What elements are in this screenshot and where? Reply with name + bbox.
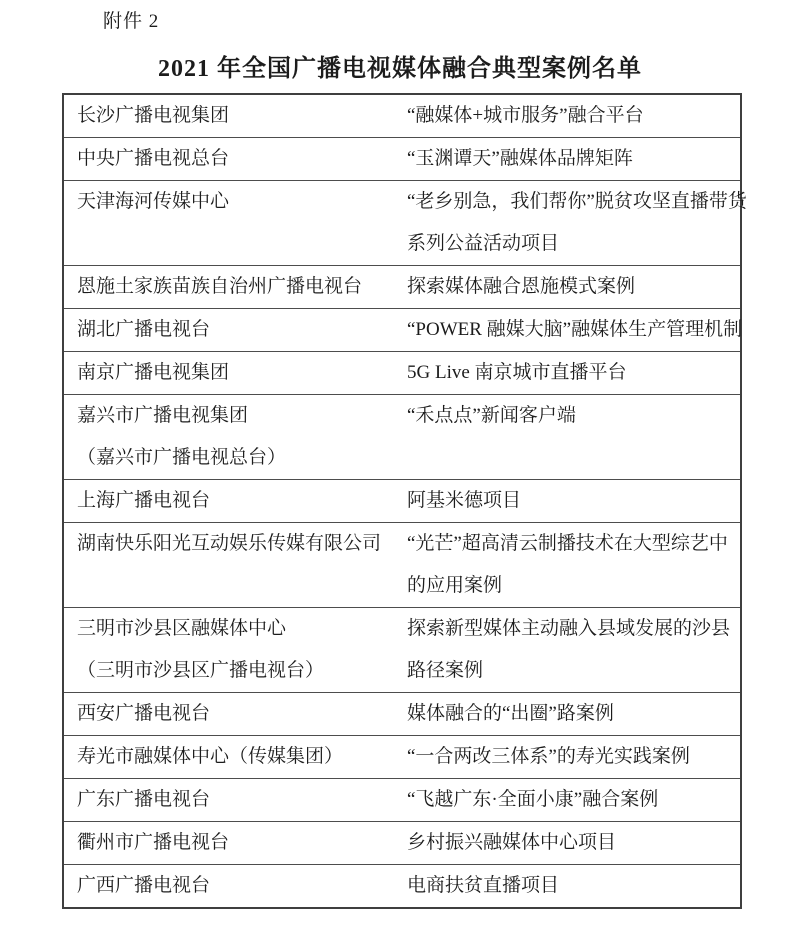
table-row: 长沙广播电视集团 “融媒体+城市服务”融合平台	[63, 94, 741, 138]
table-row: 湖北广播电视台 “POWER 融媒大脑”融媒体生产管理机制	[63, 309, 741, 352]
project-cell: 探索媒体融合恩施模式案例	[407, 266, 741, 309]
project-text-line: 路径案例	[407, 650, 740, 692]
project-text-line: “光芒”超高清云制播技术在大型综艺中	[407, 523, 740, 565]
project-cell: 5G Live 南京城市直播平台	[407, 352, 741, 395]
project-cell: 媒体融合的“出圈”路案例	[407, 693, 741, 736]
org-text-line: 广东广播电视台	[77, 779, 407, 821]
project-text-line: 探索媒体融合恩施模式案例	[407, 266, 740, 308]
project-text-line: 电商扶贫直播项目	[407, 865, 740, 907]
org-cell: 西安广播电视台	[63, 693, 407, 736]
org-text-line: 中央广播电视总台	[77, 138, 407, 180]
org-text-line: 南京广播电视集团	[77, 352, 407, 394]
org-cell: 上海广播电视台	[63, 480, 407, 523]
project-text-line: “一合两改三体系”的寿光实践案例	[407, 736, 740, 778]
table-row: 上海广播电视台 阿基米德项目	[63, 480, 741, 523]
table-row: 西安广播电视台 媒体融合的“出圈”路案例	[63, 693, 741, 736]
table-row: 恩施土家族苗族自治州广播电视台 探索媒体融合恩施模式案例	[63, 266, 741, 309]
project-text-line: “玉渊谭天”融媒体品牌矩阵	[407, 138, 740, 180]
org-cell: 恩施土家族苗族自治州广播电视台	[63, 266, 407, 309]
org-cell: 湖北广播电视台	[63, 309, 407, 352]
project-cell: “飞越广东·全面小康”融合案例	[407, 779, 741, 822]
project-text-line: “飞越广东·全面小康”融合案例	[407, 779, 740, 821]
table-row: 三明市沙县区融媒体中心（三明市沙县区广播电视台） 探索新型媒体主动融入县域发展的…	[63, 608, 741, 693]
table-row: 广东广播电视台 “飞越广东·全面小康”融合案例	[63, 779, 741, 822]
org-text-line: 长沙广播电视集团	[77, 95, 407, 137]
org-cell: 天津海河传媒中心	[63, 181, 407, 266]
project-text-line: 阿基米德项目	[407, 480, 740, 522]
table-row: 中央广播电视总台 “玉渊谭天”融媒体品牌矩阵	[63, 138, 741, 181]
project-text-line: 媒体融合的“出圈”路案例	[407, 693, 740, 735]
org-cell: 长沙广播电视集团	[63, 94, 407, 138]
org-cell: 广西广播电视台	[63, 865, 407, 909]
table-row: 广西广播电视台 电商扶贫直播项目	[63, 865, 741, 909]
project-text-line: “禾点点”新闻客户端	[407, 395, 740, 437]
project-cell: “老乡别急，我们帮你”脱贫攻坚直播带货系列公益活动项目	[407, 181, 741, 266]
case-table-body: 长沙广播电视集团 “融媒体+城市服务”融合平台 中央广播电视总台 “玉渊谭天”融…	[63, 94, 741, 908]
org-text-line: 上海广播电视台	[77, 480, 407, 522]
org-cell: 中央广播电视总台	[63, 138, 407, 181]
org-text-line: 广西广播电视台	[77, 865, 407, 907]
attachment-label: 附件 2	[103, 10, 159, 34]
org-text-line: 寿光市融媒体中心（传媒集团）	[77, 736, 407, 778]
project-text-line: 的应用案例	[407, 565, 740, 607]
project-cell: 探索新型媒体主动融入县域发展的沙县路径案例	[407, 608, 741, 693]
org-text-line: 天津海河传媒中心	[77, 181, 407, 223]
project-text-line: “老乡别急，我们帮你”脱贫攻坚直播带货	[407, 181, 740, 223]
org-text-line: 西安广播电视台	[77, 693, 407, 735]
org-cell: 寿光市融媒体中心（传媒集团）	[63, 736, 407, 779]
table-row: 天津海河传媒中心 “老乡别急，我们帮你”脱贫攻坚直播带货系列公益活动项目	[63, 181, 741, 266]
project-cell: 乡村振兴融媒体中心项目	[407, 822, 741, 865]
org-text-line: 湖南快乐阳光互动娱乐传媒有限公司	[77, 523, 407, 565]
project-text-line: “融媒体+城市服务”融合平台	[407, 95, 740, 137]
org-cell: 衢州市广播电视台	[63, 822, 407, 865]
org-cell: 三明市沙县区融媒体中心（三明市沙县区广播电视台）	[63, 608, 407, 693]
org-text-line: 恩施土家族苗族自治州广播电视台	[77, 266, 407, 308]
table-row: 衢州市广播电视台 乡村振兴融媒体中心项目	[63, 822, 741, 865]
table-row: 寿光市融媒体中心（传媒集团） “一合两改三体系”的寿光实践案例	[63, 736, 741, 779]
project-text-line: 系列公益活动项目	[407, 223, 740, 265]
project-text-line: 乡村振兴融媒体中心项目	[407, 822, 740, 864]
project-text-line: “POWER 融媒大脑”融媒体生产管理机制	[407, 309, 740, 351]
project-cell: 阿基米德项目	[407, 480, 741, 523]
table-row: 嘉兴市广播电视集团（嘉兴市广播电视总台） “禾点点”新闻客户端	[63, 395, 741, 480]
project-cell: “融媒体+城市服务”融合平台	[407, 94, 741, 138]
org-cell: 嘉兴市广播电视集团（嘉兴市广播电视总台）	[63, 395, 407, 480]
project-text-line: 5G Live 南京城市直播平台	[407, 352, 740, 394]
org-text-line: 衢州市广播电视台	[77, 822, 407, 864]
org-text-line: 湖北广播电视台	[77, 309, 407, 351]
project-cell: “玉渊谭天”融媒体品牌矩阵	[407, 138, 741, 181]
project-text-line: 探索新型媒体主动融入县域发展的沙县	[407, 608, 740, 650]
org-text-line: 嘉兴市广播电视集团	[77, 395, 407, 437]
project-cell: “POWER 融媒大脑”融媒体生产管理机制	[407, 309, 741, 352]
document-page: 附件 2 2021 年全国广播电视媒体融合典型案例名单 长沙广播电视集团 “融媒…	[0, 0, 800, 926]
org-text-line: （三明市沙县区广播电视台）	[77, 650, 407, 692]
page-title: 2021 年全国广播电视媒体融合典型案例名单	[0, 48, 800, 83]
case-table: 长沙广播电视集团 “融媒体+城市服务”融合平台 中央广播电视总台 “玉渊谭天”融…	[62, 93, 742, 909]
project-cell: 电商扶贫直播项目	[407, 865, 741, 909]
project-cell: “光芒”超高清云制播技术在大型综艺中的应用案例	[407, 523, 741, 608]
table-row: 南京广播电视集团 5G Live 南京城市直播平台	[63, 352, 741, 395]
org-text-line: 三明市沙县区融媒体中心	[77, 608, 407, 650]
project-cell: “禾点点”新闻客户端	[407, 395, 741, 480]
org-text-line: （嘉兴市广播电视总台）	[77, 437, 407, 479]
project-cell: “一合两改三体系”的寿光实践案例	[407, 736, 741, 779]
org-cell: 湖南快乐阳光互动娱乐传媒有限公司	[63, 523, 407, 608]
org-cell: 广东广播电视台	[63, 779, 407, 822]
org-cell: 南京广播电视集团	[63, 352, 407, 395]
table-row: 湖南快乐阳光互动娱乐传媒有限公司 “光芒”超高清云制播技术在大型综艺中的应用案例	[63, 523, 741, 608]
